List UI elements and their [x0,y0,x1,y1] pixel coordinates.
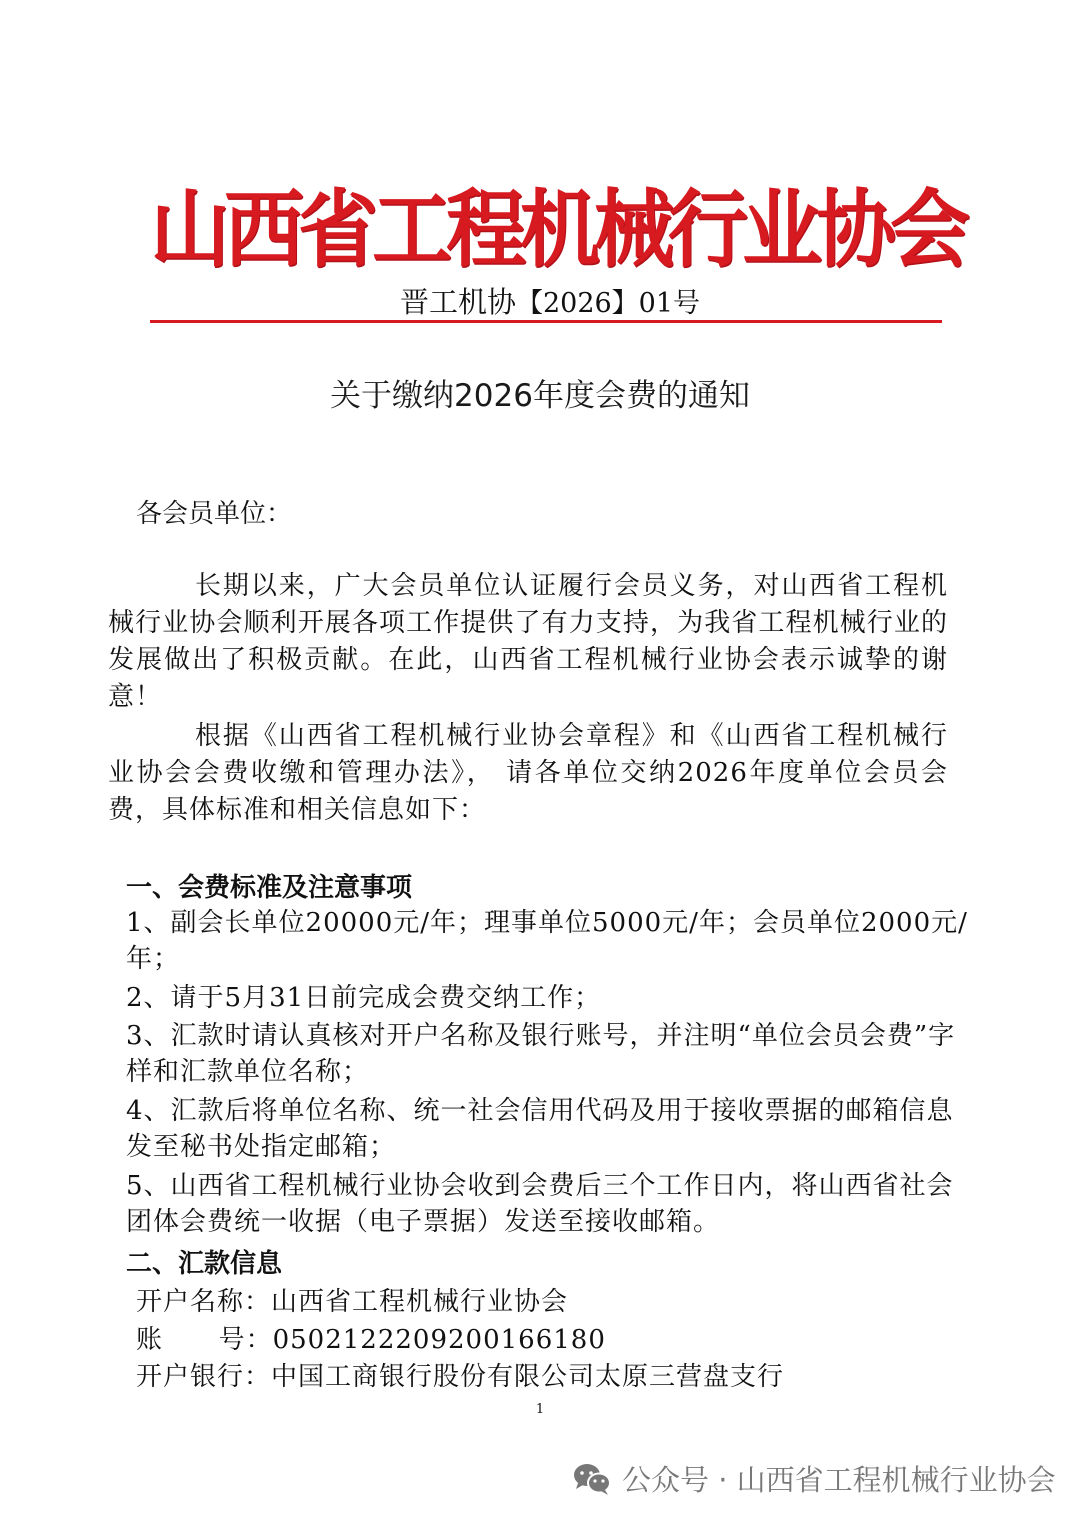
list-item: 2、请于5月31日前完成会费交纳工作； [126,980,971,1016]
account-name: 开户名称：山西省工程机械行业协会 [136,1281,568,1318]
notice-title: 关于缴纳2026年度会费的通知 [0,370,1080,415]
doc-number-prefix: 晋工机协 [400,285,516,319]
doc-number-suffix: 【2026】01号 [516,288,700,319]
bank-name: 开户银行：中国工商银行股份有限公司太原三营盘支行 [136,1356,784,1393]
list-item: 1、副会长单位20000元/年；理事单位5000元/年；会员单位2000元/年； [126,905,971,977]
account-number: 账 号：0502122209200166180 [136,1319,606,1356]
basis-paragraph: 根据《山西省工程机械行业协会章程》和《山西省工程机械行业协会会费收缴和管理办法》… [108,718,948,829]
document-number: 晋工机协【2026】01号 [150,280,950,321]
salutation: 各会员单位： [136,493,292,530]
wechat-account-footer: 公众号 · 山西省工程机械行业协会 [572,1458,1056,1499]
list-item: 4、汇款后将单位名称、统一社会信用代码及用于接收票据的邮箱信息发至秘书处指定邮箱… [126,1093,971,1165]
org-letterhead-title: 山西省工程机械行业协会 [150,162,950,283]
letterhead-divider [150,320,942,323]
section-heading-fee-standards: 一、会费标准及注意事项 [126,867,412,904]
wechat-icon [572,1462,612,1496]
footer-account-text: 公众号 · 山西省工程机械行业协会 [622,1458,1056,1499]
list-item: 5、山西省工程机械行业协会收到会费后三个工作日内，将山西省社会团体会费统一收据（… [126,1168,971,1240]
list-item: 3、汇款时请认真核对开户名称及银行账号，并注明“单位会员会费”字样和汇款单位名称… [126,1018,971,1090]
page-number: 1 [0,1402,1080,1417]
section-heading-remittance: 二、汇款信息 [126,1243,282,1280]
intro-paragraph: 长期以来，广大会员单位认证履行会员义务，对山西省工程机械行业协会顺利开展各项工作… [108,568,948,716]
